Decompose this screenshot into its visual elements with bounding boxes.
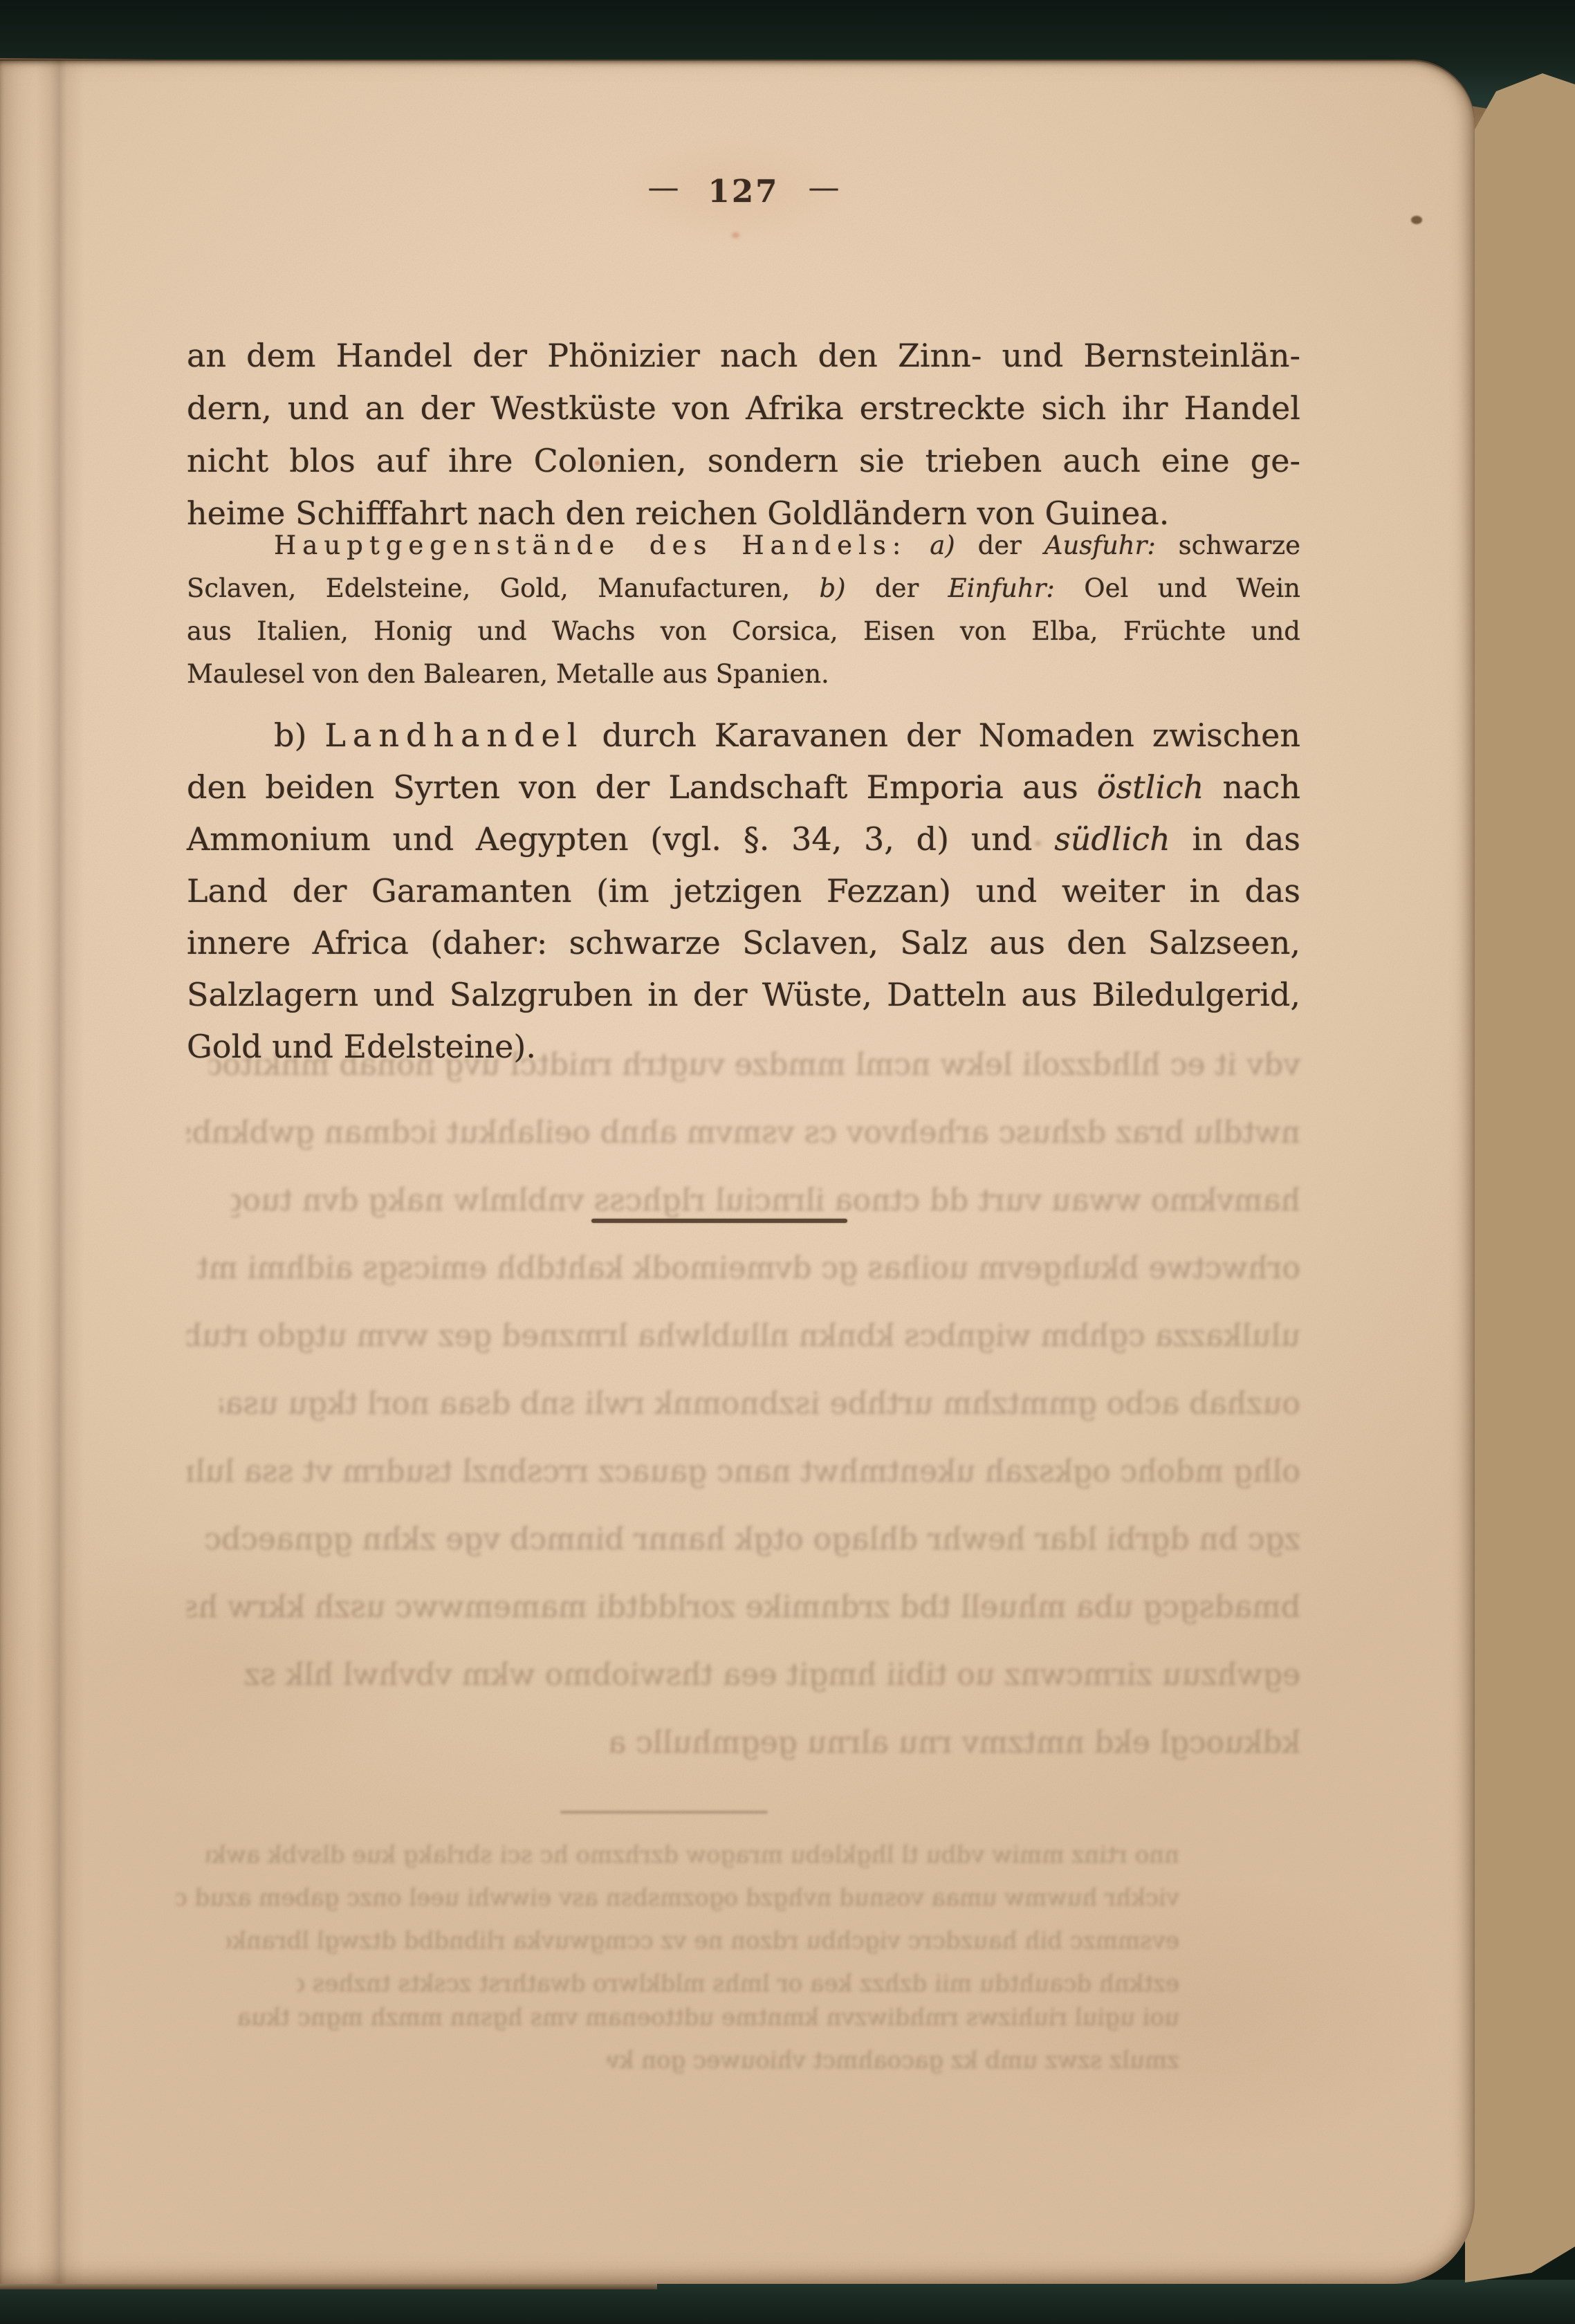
- text-line: nicht blos auf ihre Colonien, sondern si…: [187, 434, 1300, 487]
- text-line: dern, und an der Westküste von Afrika er…: [187, 382, 1300, 434]
- text-line: innere Africa (daher: schwarze Sclaven, …: [187, 917, 1300, 969]
- book-page: —127— an dem Handel der Phönizier nach d…: [0, 59, 1475, 2284]
- text-line: Gold und Edelsteine).: [187, 1021, 1300, 1073]
- paragraph-handel-phoenizier: an dem Handel der Phönizier nach den Zin…: [187, 329, 1300, 539]
- paragraph-landhandel: b) Landhandel durch Karavanen der Nomade…: [187, 710, 1300, 1073]
- text-line: b) Landhandel durch Karavanen der Nomade…: [187, 710, 1300, 762]
- page-text: an dem Handel der Phönizier nach den Zin…: [0, 59, 1475, 2284]
- text-line: Sclaven, Edelsteine, Gold, Manufacturen,…: [187, 567, 1300, 610]
- text-line: Maulesel von den Balearen, Metalle aus S…: [187, 653, 1300, 696]
- text-line: aus Italien, Honig und Wachs von Corsica…: [187, 610, 1300, 653]
- text-line: den beiden Syrten von der Landschaft Emp…: [187, 762, 1300, 813]
- paragraph-hauptgegenstaende: Hauptgegenstände des Handels: a) der Aus…: [187, 524, 1300, 696]
- text-line: Ammonium und Aegypten (vgl. §. 34, 3, d)…: [187, 813, 1300, 865]
- fore-edge-page-stack: [1465, 0, 1575, 2324]
- text-line: Land der Garamanten (im jetzigen Fezzan)…: [187, 865, 1300, 917]
- text-line: Hauptgegenstände des Handels: a) der Aus…: [187, 524, 1300, 567]
- text-line: Salzlagern und Salzgruben in der Wüste, …: [187, 969, 1300, 1021]
- text-line: an dem Handel der Phönizier nach den Zin…: [187, 329, 1300, 382]
- book-scan-photo: —127— an dem Handel der Phönizier nach d…: [0, 0, 1575, 2324]
